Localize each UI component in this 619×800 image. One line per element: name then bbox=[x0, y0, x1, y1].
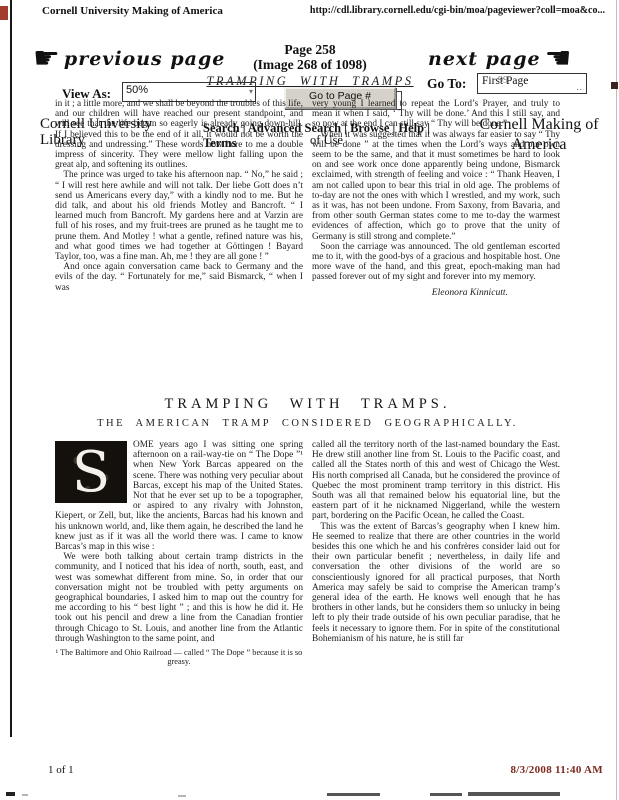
scan-column-upper-left: in it ; a little more, and we shall be b… bbox=[55, 99, 303, 293]
scan-artifact-mark bbox=[6, 792, 15, 796]
scan-paragraph: When it was suggested that it was always… bbox=[312, 130, 560, 242]
scan-artifact-mark bbox=[0, 6, 8, 20]
goto-label: Go To: bbox=[427, 76, 466, 92]
scan-paragraph: in it ; a little more, and we shall be b… bbox=[55, 99, 303, 170]
scan-column-upper-right: very young I learned to repeat the Lord’… bbox=[312, 99, 560, 298]
page-number: Page 258 bbox=[210, 42, 410, 57]
manicule-previous-icon[interactable]: ☛ bbox=[33, 44, 60, 74]
goto-select[interactable]: First Page 99 .. bbox=[477, 73, 587, 94]
goto-overlap-artifact: 99 bbox=[498, 75, 508, 86]
next-page-link[interactable]: next page ☚ bbox=[428, 44, 572, 74]
scan-artifact-dash bbox=[430, 793, 462, 796]
goto-dots-artifact: .. bbox=[577, 82, 584, 92]
scan-artifact-dash bbox=[178, 795, 186, 797]
drop-cap-initial: S bbox=[55, 441, 127, 503]
scan-paragraph: And once again conversation came back to… bbox=[55, 262, 303, 293]
scan-edge-line bbox=[10, 0, 12, 737]
chevron-down-icon: ▾ bbox=[249, 87, 253, 96]
scan-paragraph: This was the extent of Barcas’s geograph… bbox=[312, 522, 560, 644]
print-page-count: 1 of 1 bbox=[48, 764, 74, 776]
site-title: Cornell University Making of America bbox=[42, 5, 223, 17]
scan-paragraph: We were both talking about certain tramp… bbox=[55, 552, 303, 644]
article-title: TRAMPING WITH TRAMPS. bbox=[55, 396, 560, 413]
article-subtitle: THE AMERICAN TRAMP CONSIDERED GEOGRAPHIC… bbox=[55, 418, 560, 429]
previous-page-link[interactable]: ☛ previous page bbox=[33, 44, 225, 74]
scan-paragraph: called all the territory north of the la… bbox=[312, 440, 560, 522]
scan-paragraph: Soon the carriage was announced. The old… bbox=[312, 242, 560, 283]
scan-artifact-dash bbox=[22, 794, 28, 796]
view-as-value: 50% bbox=[126, 84, 148, 96]
moa-pageviewer-printout: { "print_header": { "site_title": "Corne… bbox=[0, 0, 619, 800]
scan-artifact-dash bbox=[327, 793, 380, 796]
footnote: ¹ The Baltimore and Ohio Railroad — call… bbox=[55, 648, 303, 667]
print-footer: 1 of 1 8/3/2008 11:40 AM bbox=[48, 764, 603, 776]
scan-paragraphs: very young I learned to repeat the Lord’… bbox=[312, 99, 560, 283]
page-indicator: Page 258 (Image 268 of 1098) bbox=[210, 42, 410, 72]
image-number: (Image 268 of 1098) bbox=[210, 57, 410, 72]
author-signature: Eleonora Kinnicutt. bbox=[312, 288, 560, 298]
frame-border-right bbox=[616, 0, 617, 800]
scan-column-lower-left: S OME years ago I was sitting one spring… bbox=[55, 440, 303, 667]
manicule-next-icon[interactable]: ☚ bbox=[545, 44, 572, 74]
previous-page-label[interactable]: previous page bbox=[64, 48, 225, 70]
scan-paragraph: The prince was urged to take his afterno… bbox=[55, 170, 303, 262]
print-timestamp: 8/3/2008 11:40 AM bbox=[511, 764, 604, 776]
print-header: Cornell University Making of America htt… bbox=[42, 5, 605, 17]
scan-artifact-mark bbox=[611, 82, 618, 89]
page-url: http://cdl.library.cornell.edu/cgi-bin/m… bbox=[310, 5, 605, 17]
scan-column-lower-right: called all the territory north of the la… bbox=[312, 440, 560, 644]
scan-paragraph: very young I learned to repeat the Lord’… bbox=[312, 99, 560, 130]
next-page-label[interactable]: next page bbox=[428, 48, 541, 70]
scan-artifact-dash bbox=[468, 792, 560, 796]
